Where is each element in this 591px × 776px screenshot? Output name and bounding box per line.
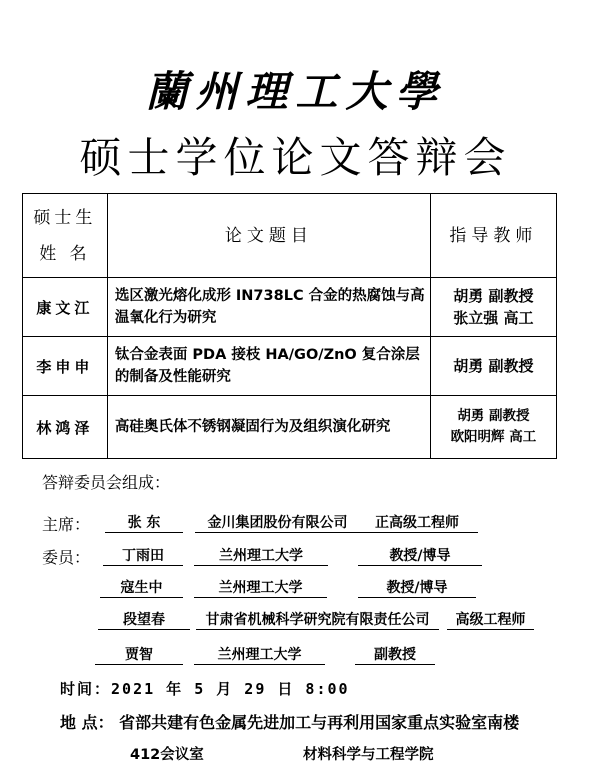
- student-name: 李申申: [23, 337, 108, 396]
- table-row: 康文江 选区激光熔化成形 IN738LC 合金的热腐蚀与高温氧化行为研究 胡勇 …: [23, 278, 557, 337]
- member-name: 寇生中: [100, 579, 183, 598]
- table-header-row: 硕士生 姓 名 论文题目 指导教师: [23, 194, 557, 278]
- thesis-title: 钛合金表面 PDA 接枝 HA/GO/ZnO 复合涂层的制备及性能研究: [107, 337, 430, 396]
- time-label: 时间：: [60, 680, 111, 698]
- time-value: 2021 年 5 月 29 日 8:00: [111, 680, 350, 698]
- place-label: 地 点：: [60, 713, 114, 732]
- advisor-line: 欧阳明辉 高工: [431, 427, 556, 448]
- page-title: 硕士学位论文答辩会: [0, 128, 591, 188]
- chair-title: 正高级工程师: [356, 514, 478, 533]
- header-student-line1: 硕士生: [23, 200, 107, 236]
- header-student-line2: 姓 名: [23, 236, 107, 272]
- member-name: 段望春: [98, 611, 190, 630]
- chair-org: 金川集团股份有限公司: [195, 514, 360, 533]
- place-school: 材料科学与工程学院: [303, 743, 434, 764]
- header-student: 硕士生 姓 名: [23, 194, 108, 278]
- advisor-cell: 胡勇 副教授 张立强 高工: [430, 278, 556, 337]
- advisor-cell: 胡勇 副教授: [430, 337, 556, 396]
- place-line1: 省部共建有色金属先进加工与再利用国家重点实验室南楼: [119, 713, 519, 732]
- student-name: 林鸿泽: [23, 396, 108, 459]
- member-title: 教授/博导: [358, 547, 482, 566]
- member-name: 丁雨田: [103, 547, 183, 566]
- chair-label: 主席：: [42, 512, 90, 535]
- member-label: 委员：: [42, 545, 90, 568]
- member-name: 贾智: [95, 646, 183, 665]
- advisor-cell: 胡勇 副教授 欧阳明辉 高工: [430, 396, 556, 459]
- member-title: 教授/博导: [358, 579, 476, 598]
- member-title: 高级工程师: [447, 611, 534, 630]
- advisor-line: 胡勇 副教授: [431, 406, 556, 427]
- student-name: 康文江: [23, 278, 108, 337]
- table-row: 李申申 钛合金表面 PDA 接枝 HA/GO/ZnO 复合涂层的制备及性能研究 …: [23, 337, 557, 396]
- committee-heading: 答辩委员会组成：: [42, 470, 170, 493]
- advisor-line: 胡勇 副教授: [431, 355, 556, 377]
- member-org: 甘肃省机械科学研究院有限责任公司: [196, 611, 439, 630]
- thesis-title: 选区激光熔化成形 IN738LC 合金的热腐蚀与高温氧化行为研究: [107, 278, 430, 337]
- thesis-title: 高硅奥氏体不锈钢凝固行为及组织演化研究: [107, 396, 430, 459]
- place-room: 412会议室: [130, 743, 204, 764]
- defense-table: 硕士生 姓 名 论文题目 指导教师 康文江 选区激光熔化成形 IN738LC 合…: [22, 193, 557, 459]
- chair-name: 张 东: [105, 514, 183, 533]
- place-row: 地 点： 省部共建有色金属先进加工与再利用国家重点实验室南楼: [60, 710, 519, 733]
- member-title: 副教授: [355, 646, 435, 665]
- header-thesis-title: 论文题目: [107, 194, 430, 278]
- member-org: 兰州理工大学: [194, 579, 327, 598]
- time-row: 时间：2021 年 5 月 29 日 8:00: [60, 678, 350, 699]
- table-row: 林鸿泽 高硅奥氏体不锈钢凝固行为及组织演化研究 胡勇 副教授 欧阳明辉 高工: [23, 396, 557, 459]
- university-logo: 蘭州理工大學: [0, 62, 591, 122]
- advisor-line: 张立强 高工: [431, 307, 556, 329]
- advisor-line: 胡勇 副教授: [431, 285, 556, 307]
- member-org: 兰州理工大学: [194, 547, 328, 566]
- header-advisor: 指导教师: [430, 194, 556, 278]
- member-org: 兰州理工大学: [194, 646, 325, 665]
